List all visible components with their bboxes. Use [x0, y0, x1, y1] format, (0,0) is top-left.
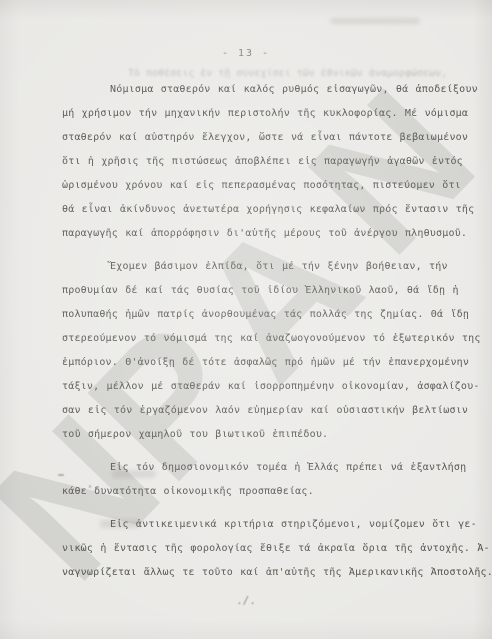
text-line: παραγωγῆς καί ἀπορρόφησιν δι'αὐτῆς μέρου… [62, 222, 470, 246]
text-line: Νόμισμα σταθερόν καί καλός ρυθμός εἰσαγω… [62, 78, 470, 102]
text-line: τοῦ σήμερον χαμηλοῦ του βιωτικοῦ ἐπιπέδο… [62, 423, 470, 447]
page-number: - 13 - [0, 48, 492, 59]
faded-ink-smudge [330, 18, 420, 24]
text-line: κάθε δυνατότητα οἰκονομικῆς προσπαθείας. [62, 480, 470, 504]
text-line: στερεούμενον τό νόμισμά της καί ἀναζωογο… [62, 327, 470, 351]
text-line: πολυπαθής ἡμῶν πατρίς ἀνορθουμένας τάς π… [62, 303, 470, 327]
text-line: ὅτι ἡ χρῆσις τῆς πιστώσεως ἀποβλέπει εἰς… [62, 150, 470, 174]
continuation-mark: ./. [0, 594, 492, 607]
text-line: Εἰς τόν δημοσιονομικόν τομέα ἡ Ἑλλάς πρέ… [62, 456, 470, 480]
text-line: νικῶς ἡ ἔντασις τῆς φορολογίας ἔθιξε τά … [62, 537, 470, 561]
ink-speck [58, 474, 64, 476]
paragraph: Νόμισμα σταθερόν καί καλός ρυθμός εἰσαγω… [62, 78, 470, 246]
text-line: ὡρισμένου χρόνου καί εἰς πεπερασμένας πο… [62, 174, 470, 198]
scanned-document-page: - 13 - Τὸ ποθέσεις ἐν τῇ συνεχίσει τῶν ἐ… [0, 0, 492, 639]
text-line: προθυμίαν δέ καί τάς θυσίας τοῦ ἰδίου Ἑλ… [62, 279, 470, 303]
text-line: τάξιν, μέλλον μέ σταθεράν καί ἰσορροπημέ… [62, 375, 470, 399]
typewritten-text-block: Νόμισμα σταθερόν καί καλός ρυθμός εἰσαγω… [62, 78, 470, 585]
paragraph: Ἔχομεν βάσιμον ἐλπίδα, ὅτι μέ τήν ξένην … [62, 255, 470, 447]
text-line: ἐμπόριον. Θ'ἀνοίξῃ δέ τότε ἀσφαλῶς πρό ἡ… [62, 351, 470, 375]
text-line: ναγνωρίζεται ἄλλως τε τοῦτο καί ἀπ'αὐτῆς… [62, 561, 470, 585]
text-line: σταθερόν καί αὐστηρόν ἔλεγχον, ὥστε νά ε… [62, 126, 470, 150]
text-line: μή χρήσιμον τήν μηχανικήν περιστολήν τῆς… [62, 102, 470, 126]
text-line: θά εἶναι ἀκίνδυνος ἀνετωτέρα χορήγησις κ… [62, 198, 470, 222]
paragraph: Εἰς ἀντικειμενικά κριτήρια στηριζόμενοι,… [62, 513, 470, 585]
text-line: Εἰς ἀντικειμενικά κριτήρια στηριζόμενοι,… [62, 513, 470, 537]
paragraph: Εἰς τόν δημοσιονομικόν τομέα ἡ Ἑλλάς πρέ… [62, 456, 470, 504]
text-line: σαν εἰς τόν ἐργαζόμενον λαόν εὐημερίαν κ… [62, 399, 470, 423]
ink-speck [89, 485, 91, 488]
text-line: Ἔχομεν βάσιμον ἐλπίδα, ὅτι μέ τήν ξένην … [62, 255, 470, 279]
